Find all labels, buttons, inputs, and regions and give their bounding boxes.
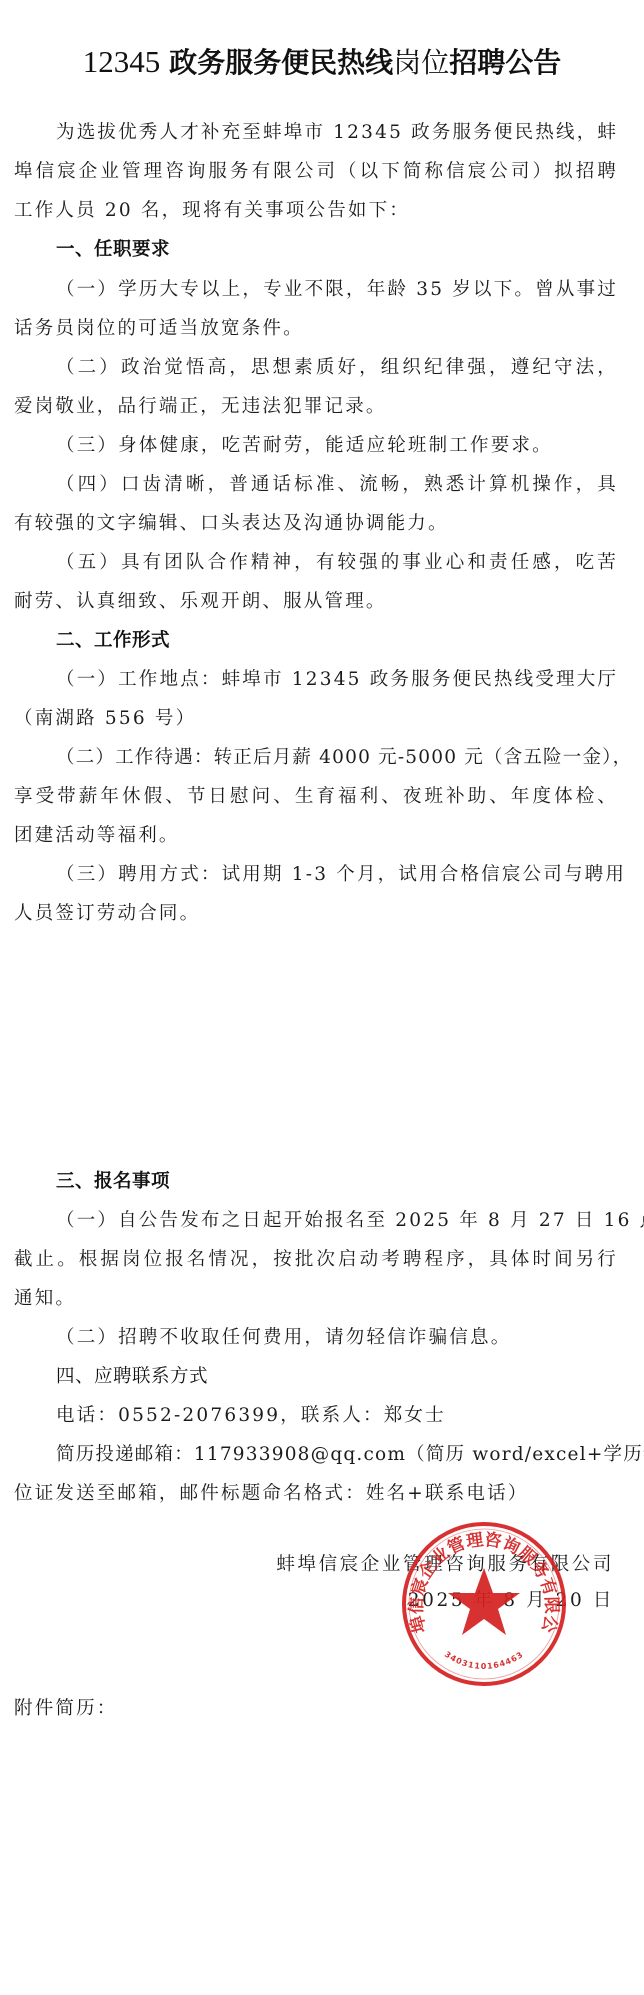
intro-line: 为选拔优秀人才补充至蚌埠市 12345 政务服务便民热线，蚌 <box>56 121 618 145</box>
work-item-1: （一）工作地点：蚌埠市 12345 政务服务便民热线受理大厅 <box>56 668 618 692</box>
intro-line: 埠信宸企业管理咨询服务有限公司（以下简称信宸公司）拟招聘 <box>14 160 618 184</box>
registration-item-2: （二）招聘不收取任何费用，请勿轻信诈骗信息。 <box>56 1326 618 1350</box>
requirement-item-1-cont: 话务员岗位的可适当放宽条件。 <box>14 317 618 341</box>
page-title: 12345 政务服务便民热线岗位招聘公告 <box>0 44 644 81</box>
signature-company: 蚌埠信宸企业管理咨询服务有限公司 <box>276 1553 614 1577</box>
section-heading-work-form: 二、工作形式 <box>56 629 170 653</box>
section-heading-registration: 三、报名事项 <box>56 1170 170 1194</box>
title-bold-tail: 招聘公告 <box>449 46 561 79</box>
work-item-3-cont: 人员签订劳动合同。 <box>14 902 618 926</box>
svg-text:3403110164463: 3403110164463 <box>443 1650 525 1671</box>
registration-item-1-cont: 截止。根据岗位报名情况，按批次启动考聘程序，具体时间另行 <box>14 1248 618 1272</box>
contact-phone: 电话：0552-2076399，联系人：郑女士 <box>56 1404 618 1428</box>
section-heading-requirements: 一、任职要求 <box>56 238 170 262</box>
recruitment-notice-document: 12345 政务服务便民热线岗位招聘公告 为选拔优秀人才补充至蚌埠市 12345… <box>0 0 644 1995</box>
stamp-code: 3403110164463 <box>443 1650 525 1671</box>
contact-email: 简历投递邮箱：117933908@qq.com（简历 word/excel+学历… <box>56 1443 618 1467</box>
intro-line: 工作人员 20 名，现将有关事项公告如下： <box>14 199 618 223</box>
title-light-part: 岗位 <box>393 46 449 79</box>
work-item-1-cont: （南湖路 556 号） <box>14 707 618 731</box>
signature-date: 2025 年 8 月 20 日 <box>408 1589 614 1613</box>
title-number: 12345 <box>83 44 161 79</box>
work-item-3: （三）聘用方式：试用期 1-3 个月，试用合格信宸公司与聘用 <box>56 863 618 887</box>
requirement-item-3: （三）身体健康，吃苦耐劳，能适应轮班制工作要求。 <box>56 434 618 458</box>
section-heading-contact: 四、应聘联系方式 <box>56 1365 208 1389</box>
requirement-item-4: （四）口齿清晰，普通话标准、流畅，熟悉计算机操作，具 <box>56 473 618 497</box>
requirement-item-1: （一）学历大专以上，专业不限，年龄 35 岁以下。曾从事过 <box>56 278 618 302</box>
stamp-text: 蚌埠信宸企业管理咨询服务有限公司 <box>400 1520 561 1635</box>
work-item-2-cont: 享受带薪年休假、节日慰问、生育福利、夜班补助、年度体检、 <box>14 785 618 809</box>
title-bold-part: 政务服务便民热线 <box>169 46 393 79</box>
requirement-item-5-cont: 耐劳、认真细致、乐观开朗、服从管理。 <box>14 590 618 614</box>
attachment-label: 附件简历： <box>14 1697 118 1721</box>
work-item-2: （二）工作待遇：转正后月薪 4000 元-5000 元（含五险一金）， <box>56 746 618 770</box>
contact-email-cont: 位证发送至邮箱，邮件标题命名格式：姓名+联系电话） <box>14 1482 618 1506</box>
registration-item-1-cont2: 通知。 <box>14 1287 618 1311</box>
svg-text:蚌埠信宸企业管理咨询服务有限公司: 蚌埠信宸企业管理咨询服务有限公司 <box>400 1520 561 1635</box>
requirement-item-5: （五）具有团队合作精神，有较强的事业心和责任感，吃苦 <box>56 551 618 575</box>
registration-item-1: （一）自公告发布之日起开始报名至 2025 年 8 月 27 日 16 点 <box>56 1209 618 1233</box>
work-item-2-cont2: 团建活动等福利。 <box>14 824 618 848</box>
requirement-item-2-cont: 爱岗敬业，品行端正，无违法犯罪记录。 <box>14 395 618 419</box>
requirement-item-4-cont: 有较强的文字编辑、口头表达及沟通协调能力。 <box>14 512 618 536</box>
requirement-item-2: （二）政治觉悟高，思想素质好，组织纪律强，遵纪守法， <box>56 356 618 380</box>
